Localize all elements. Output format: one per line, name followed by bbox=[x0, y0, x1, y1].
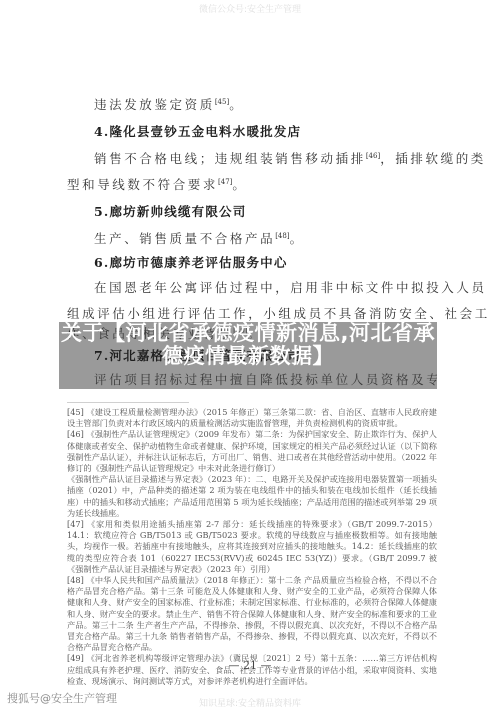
footnotes: [45] 《建设工程质量检测管理办法》（2015 年修正）第三条第二款：省、自治… bbox=[67, 407, 437, 687]
footnote-47: [47] 《家用和类似用途插头插座第 2-7 部分：延长线插座的特殊要求》（GB… bbox=[67, 519, 437, 575]
footnote-45: [45] 《建设工程质量检测管理办法》（2015 年修正）第三条第二款：省、自治… bbox=[67, 407, 437, 429]
footnote-48: [48] 《中华人民共和国产品质量法》（2018 年修正）：第十二条 产品质量应… bbox=[67, 575, 437, 653]
footnote-46: [46] 《强制性产品认证管理规定》（2009 年发布）第二条：为保护国家安全、… bbox=[67, 429, 437, 474]
footnote-ref-46[interactable]: [46] bbox=[366, 152, 380, 160]
footnote-divider bbox=[67, 402, 189, 403]
body-line-4: 型和导线数不符合要求[47]。 bbox=[67, 175, 248, 193]
footnote-ref-47[interactable]: [47] bbox=[218, 178, 232, 186]
banner-title[interactable]: 关于【河北省承德疫情新消息,河北省承德疫情最新数据】 bbox=[59, 322, 437, 368]
footnote-ref-48[interactable]: [48] bbox=[275, 232, 289, 240]
body-line-3: 销售不合格电线；违规组装销售移动插排[46]，插排软缆的类 bbox=[94, 149, 486, 167]
section-heading-6: 6.廊坊市德康养老评估服务中心 bbox=[94, 253, 288, 271]
section-heading-4: 4.隆化县壹钞五金电料水暖批发店 bbox=[94, 122, 301, 140]
footnote-ref-45[interactable]: [45] bbox=[215, 98, 229, 106]
section-heading-5: 5.廊坊新帅线缆有限公司 bbox=[94, 202, 246, 220]
page-number: — 21 — bbox=[0, 659, 500, 672]
watermark-bottom-center: 知识星球:安全精品资料库 bbox=[0, 696, 500, 707]
watermark-top: 微信公众号:安全生产管理 bbox=[0, 2, 500, 15]
body-line-1: 违法发放鉴定资质[45]。 bbox=[94, 95, 244, 113]
footnote-46-cont: 《强制性产品认证目录描述与界定表》（2023 年）：二、电路开关及保护或连接用电… bbox=[67, 474, 437, 519]
body-line-8: 在国恩老年公寓评估过程中，启用非中标文件中拟投入人员 bbox=[94, 278, 487, 296]
body-line-9: 组成评估小组进行评估工作，小组成员不具备消防安全、社会工 bbox=[67, 304, 490, 322]
body-line-12: 评估项目招标过程中擅自降低投标单位人员资格及专业背 bbox=[94, 370, 437, 388]
body-line-6: 生产、销售质量不合格产品[48]。 bbox=[94, 229, 305, 247]
